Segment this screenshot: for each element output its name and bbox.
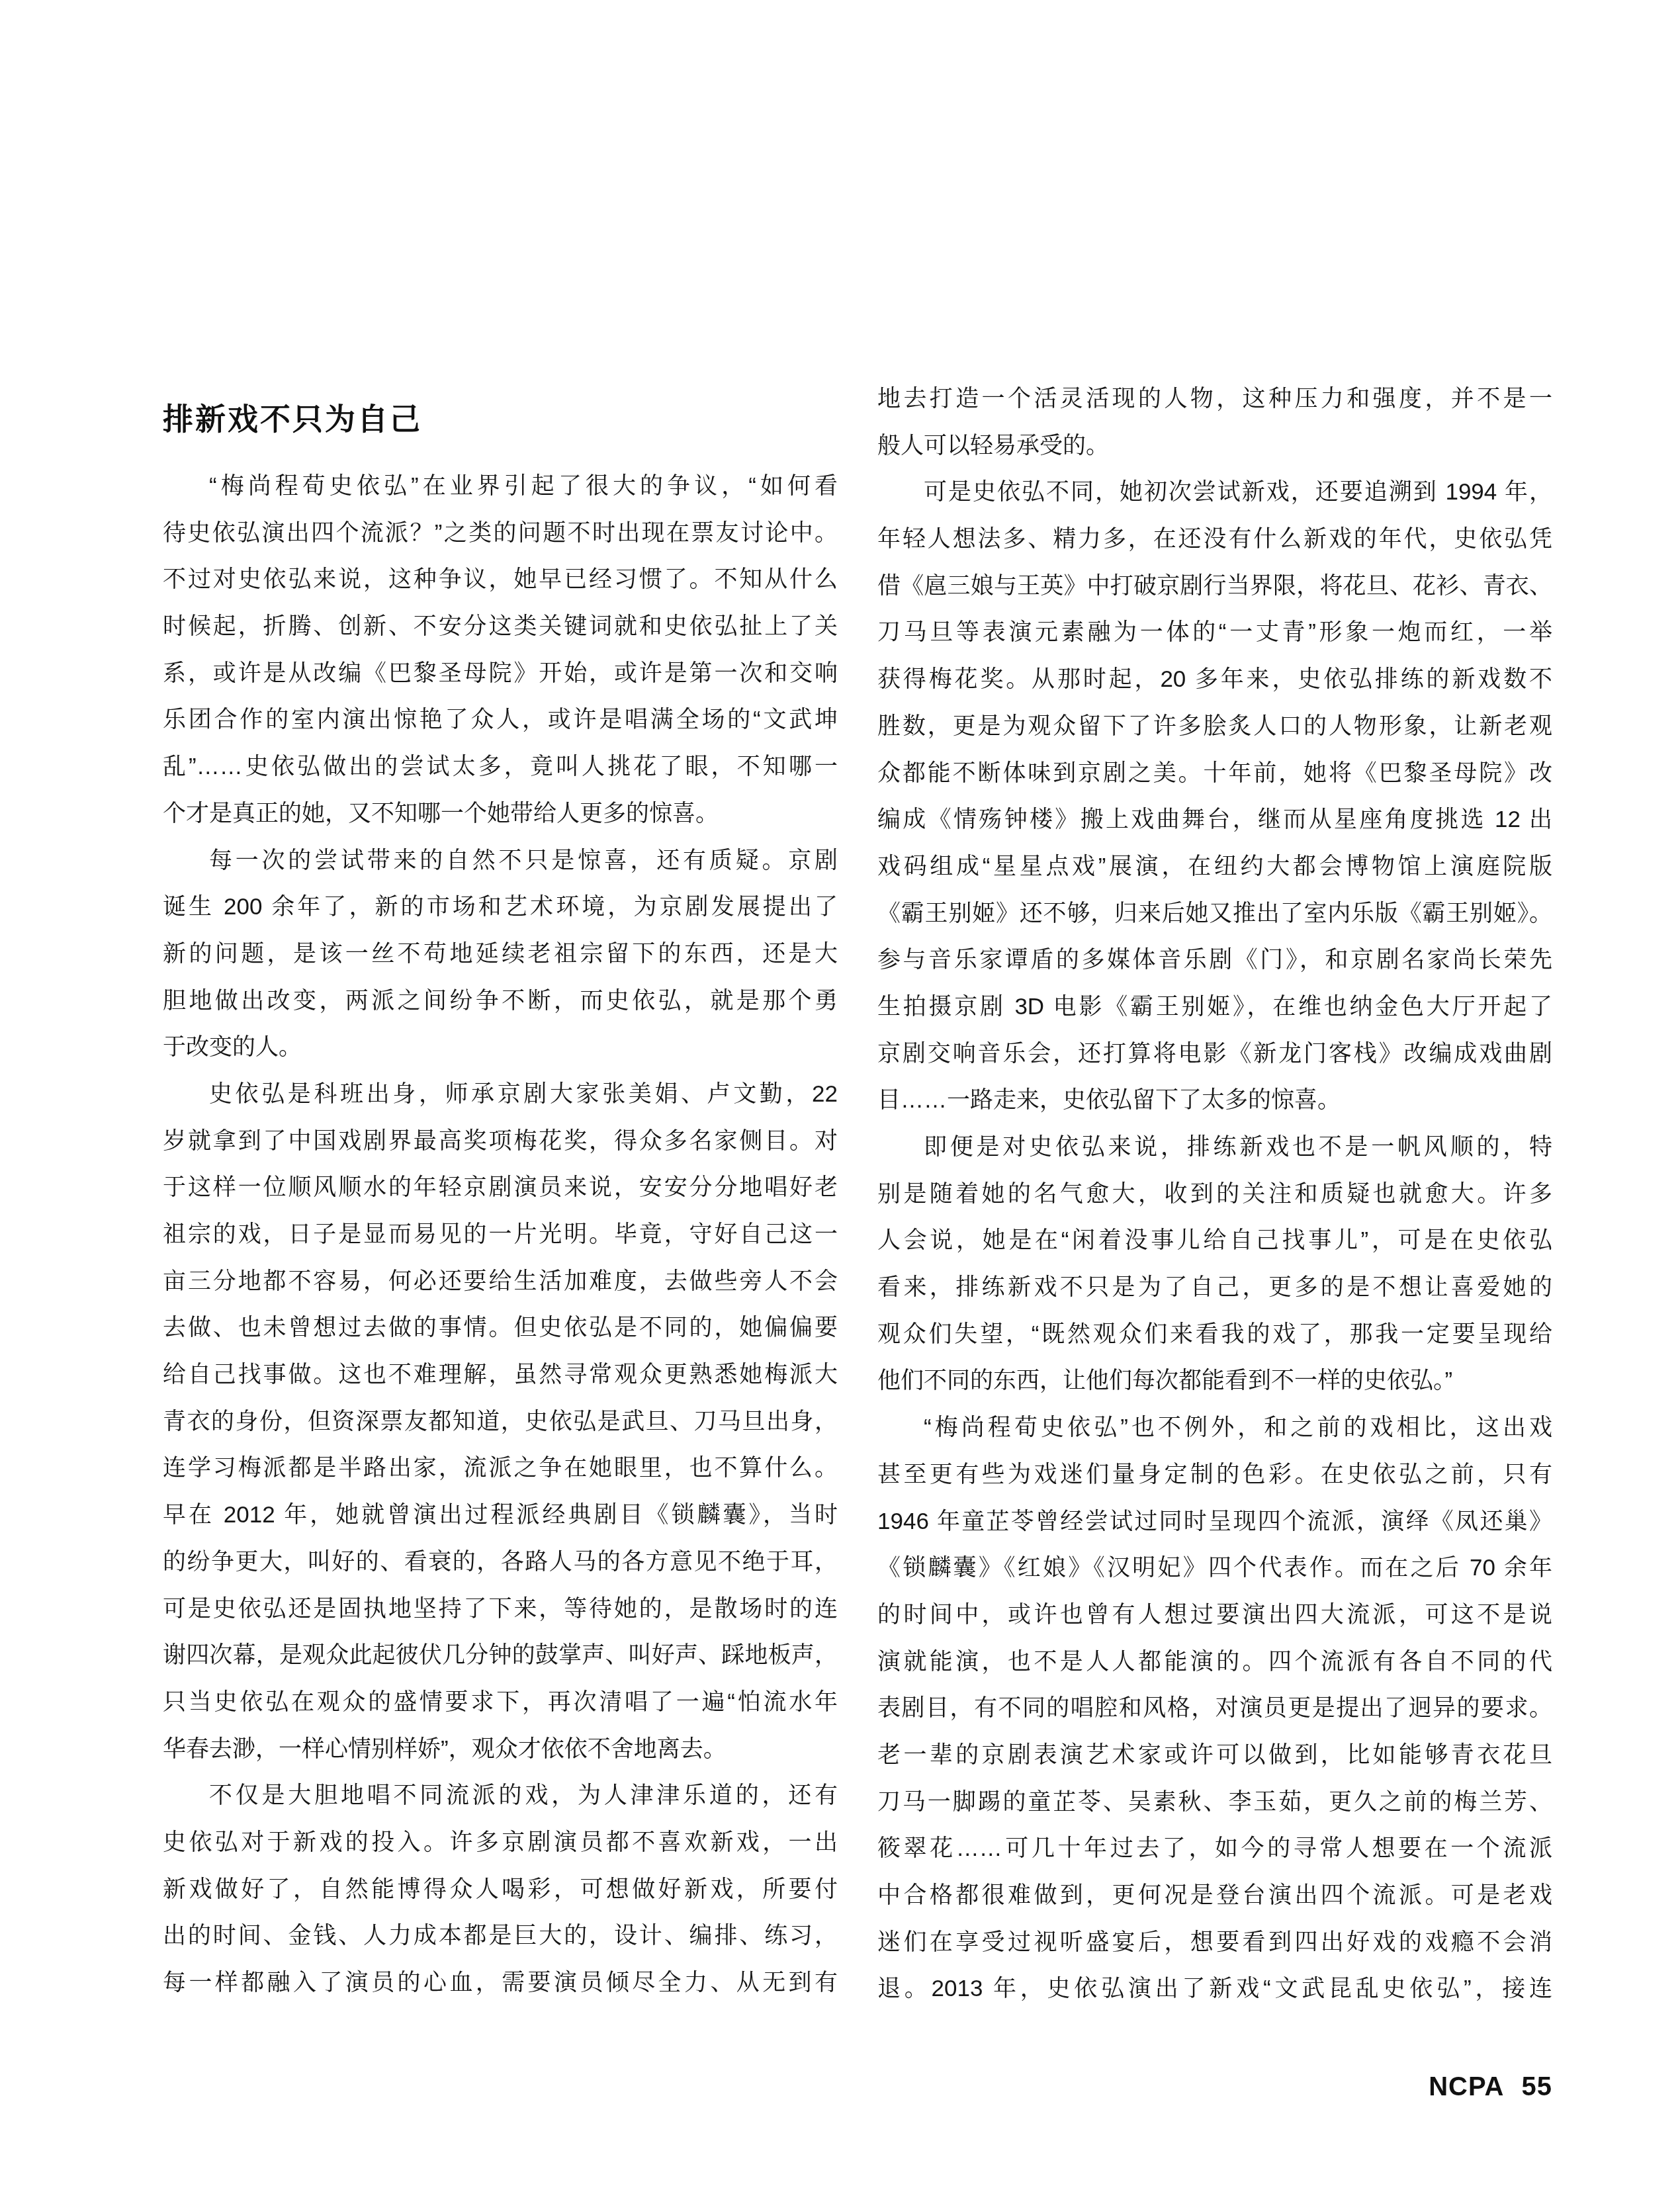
text-line: 他们不同的东西，让他们每次都能看到不一样的史依弘。” xyxy=(877,1358,1552,1405)
text-line: 每一次的尝试带来的自然不只是惊喜，还有质疑。京剧 xyxy=(163,838,838,885)
text-line: “梅尚程荀史依弘”在业界引起了很大的争议，“如何看 xyxy=(163,463,838,510)
text-line: 人会说，她是在“闲着没事儿给自己找事儿”，可是在史依弘 xyxy=(877,1217,1552,1264)
text-line: 即便是对史依弘来说，排练新戏也不是一帆风顺的，特 xyxy=(877,1124,1552,1171)
text-line: 退。2013 年，史依弘演出了新戏“文武昆乱史依弘”，接连 xyxy=(877,1966,1552,2013)
text-line: 史依弘是科班出身，师承京剧大家张美娟、卢文勤，22 xyxy=(163,1071,838,1118)
text-line: 中合格都很难做到，更何况是登台演出四个流派。可是老戏 xyxy=(877,1872,1552,1919)
text-line: 不仅是大胆地唱不同流派的戏，为人津津乐道的，还有 xyxy=(163,1772,838,1819)
text-line: 老一辈的京剧表演艺术家或许可以做到，比如能够青衣花旦 xyxy=(877,1732,1552,1779)
text-line: 诞生 200 余年了，新的市场和艺术环境，为京剧发展提出了 xyxy=(163,884,838,931)
left-text-column: “梅尚程荀史依弘”在业界引起了很大的争议，“如何看待史依弘演出四个流派？”之类的… xyxy=(163,463,838,2007)
text-line: 谢四次幕，是观众此起彼伏几分钟的鼓掌声、叫好声、踩地板声， xyxy=(163,1632,838,1679)
text-line: 新戏做好了，自然能博得众人喝彩，可想做好新戏，所要付 xyxy=(163,1866,838,1913)
text-line: 乐团合作的室内演出惊艳了众人，或许是唱满全场的“文武坤 xyxy=(163,697,838,744)
text-line: 般人可以轻易承受的。 xyxy=(877,423,1552,470)
article-section-heading: 排新戏不只为自己 xyxy=(163,395,422,439)
text-line: 去做、也未曾想过去做的事情。但史依弘是不同的，她偏偏要 xyxy=(163,1305,838,1352)
right-text-column: 地去打造一个活灵活现的人物，这种压力和强度，并不是一般人可以轻易承受的。可是史依… xyxy=(877,376,1552,2013)
text-line: 只当史依弘在观众的盛情要求下，再次清唱了一遍“怕流水年 xyxy=(163,1679,838,1726)
text-line: 获得梅花奖。从那时起，20 多年来，史依弘排练的新戏数不 xyxy=(877,656,1552,703)
text-line: 岁就拿到了中国戏剧界最高奖项梅花奖，得众多名家侧目。对 xyxy=(163,1118,838,1165)
text-line: 地去打造一个活灵活现的人物，这种压力和强度，并不是一 xyxy=(877,376,1552,423)
text-line: 演就能演，也不是人人都能演的。四个流派有各自不同的代 xyxy=(877,1639,1552,1686)
text-line: 观众们失望，“既然观众们来看我的戏了，那我一定要呈现给 xyxy=(877,1311,1552,1358)
text-line: 迷们在享受过视听盛宴后，想要看到四出好戏的戏瘾不会消 xyxy=(877,1919,1552,1966)
text-line: 看来，排练新戏不只是为了自己，更多的是不想让喜爱她的 xyxy=(877,1264,1552,1311)
text-line: 待史依弘演出四个流派？”之类的问题不时出现在票友讨论中。 xyxy=(163,510,838,557)
text-line: 个才是真正的她，又不知哪一个她带给人更多的惊喜。 xyxy=(163,791,838,838)
text-line: 甚至更有些为戏迷们量身定制的色彩。在史依弘之前，只有 xyxy=(877,1452,1552,1499)
magazine-page: 排新戏不只为自己 “梅尚程荀史依弘”在业界引起了很大的争议，“如何看待史依弘演出… xyxy=(0,0,1680,2188)
text-line: 史依弘对于新戏的投入。许多京剧演员都不喜欢新戏，一出 xyxy=(163,1819,838,1866)
text-line: 早在 2012 年，她就曾演出过程派经典剧目《锁麟囊》，当时 xyxy=(163,1492,838,1539)
text-line: 于这样一位顺风顺水的年轻京剧演员来说，安安分分地唱好老 xyxy=(163,1164,838,1211)
text-line: 出的时间、金钱、人力成本都是巨大的，设计、编排、练习， xyxy=(163,1913,838,1960)
text-line: 筱翠花……可几十年过去了，如今的寻常人想要在一个流派 xyxy=(877,1825,1552,1872)
text-line: 祖宗的戏，日子是显而易见的一片光明。毕竟，守好自己这一 xyxy=(163,1211,838,1258)
text-line: “梅尚程荀史依弘”也不例外，和之前的戏相比，这出戏 xyxy=(877,1405,1552,1452)
text-line: 胆地做出改变，两派之间纷争不断，而史依弘，就是那个勇 xyxy=(163,978,838,1025)
text-line: 《锁麟囊》《红娘》《汉明妃》四个代表作。而在之后 70 余年 xyxy=(877,1545,1552,1592)
text-line: 刀马旦等表演元素融为一体的“一丈青”形象一炮而红，一举 xyxy=(877,609,1552,656)
text-line: 乱”……史依弘做出的尝试太多，竟叫人挑花了眼，不知哪一 xyxy=(163,744,838,791)
text-line: 生拍摄京剧 3D 电影《霸王别姬》，在维也纳金色大厅开起了 xyxy=(877,984,1552,1031)
text-line: 的纷争更大，叫好的、看衰的，各路人马的各方意见不绝于耳， xyxy=(163,1539,838,1586)
text-line: 华春去渺，一样心情别样娇”，观众才依依不舍地离去。 xyxy=(163,1726,838,1773)
page-footer: NCPA55 xyxy=(877,2072,1552,2102)
text-line: 别是随着她的名气愈大，收到的关注和质疑也就愈大。许多 xyxy=(877,1171,1552,1218)
text-line: 给自己找事做。这也不难理解，虽然寻常观众更熟悉她梅派大 xyxy=(163,1352,838,1399)
text-line: 系，或许是从改编《巴黎圣母院》开始，或许是第一次和交响 xyxy=(163,650,838,697)
text-line: 年轻人想法多、精力多，在还没有什么新戏的年代，史依弘凭 xyxy=(877,516,1552,563)
text-line: 《霸王别姬》还不够，归来后她又推出了室内乐版《霸王别姬》。 xyxy=(877,891,1552,938)
text-line: 众都能不断体味到京剧之美。十年前，她将《巴黎圣母院》改 xyxy=(877,750,1552,797)
page-number: 55 xyxy=(1522,2072,1553,2101)
text-line: 京剧交响音乐会，还打算将电影《新龙门客栈》改编成戏曲剧 xyxy=(877,1031,1552,1078)
text-line: 每一样都融入了演员的心血，需要演员倾尽全力、从无到有 xyxy=(163,1960,838,2007)
text-line: 1946 年童芷苓曾经尝试过同时呈现四个流派，演绎《凤还巢》 xyxy=(877,1499,1552,1546)
text-line: 表剧目，有不同的唱腔和风格，对演员更是提出了迥异的要求。 xyxy=(877,1685,1552,1732)
text-line: 新的问题，是该一丝不苟地延续老祖宗留下的东西，还是大 xyxy=(163,931,838,978)
text-line: 目……一路走来，史依弘留下了太多的惊喜。 xyxy=(877,1077,1552,1124)
text-line: 亩三分地都不容易，何必还要给生活加难度，去做些旁人不会 xyxy=(163,1258,838,1305)
magazine-brand: NCPA xyxy=(1429,2072,1504,2101)
text-line: 连学习梅派都是半路出家，流派之争在她眼里，也不算什么。 xyxy=(163,1445,838,1492)
text-line: 可是史依弘还是固执地坚持了下来，等待她的，是散场时的连 xyxy=(163,1586,838,1633)
text-line: 的时间中，或许也曾有人想过要演出四大流派，可这不是说 xyxy=(877,1592,1552,1639)
text-line: 于改变的人。 xyxy=(163,1024,838,1071)
text-line: 借《扈三娘与王英》中打破京剧行当界限，将花旦、花衫、青衣、 xyxy=(877,563,1552,610)
text-line: 编成《情殇钟楼》搬上戏曲舞台，继而从星座角度挑选 12 出 xyxy=(877,797,1552,844)
text-line: 胜数，更是为观众留下了许多脍炙人口的人物形象，让新老观 xyxy=(877,703,1552,750)
text-line: 参与音乐家谭盾的多媒体音乐剧《门》，和京剧名家尚长荣先 xyxy=(877,937,1552,984)
text-line: 刀马一脚踢的童芷苓、吴素秋、李玉茹，更久之前的梅兰芳、 xyxy=(877,1779,1552,1826)
text-line: 戏码组成“星星点戏”展演，在纽约大都会博物馆上演庭院版 xyxy=(877,844,1552,891)
text-line: 青衣的身份，但资深票友都知道，史依弘是武旦、刀马旦出身， xyxy=(163,1399,838,1446)
text-line: 可是史依弘不同，她初次尝试新戏，还要追溯到 1994 年， xyxy=(877,469,1552,516)
text-line: 时候起，折腾、创新、不安分这类关键词就和史依弘扯上了关 xyxy=(163,603,838,650)
text-line: 不过对史依弘来说，这种争议，她早已经习惯了。不知从什么 xyxy=(163,556,838,603)
